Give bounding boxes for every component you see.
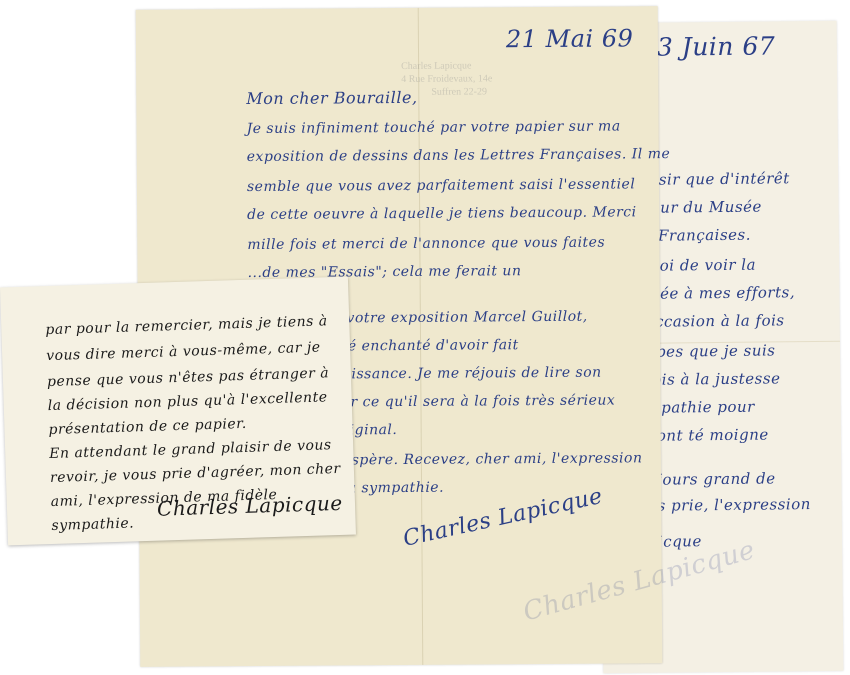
- letter-middle-line: exposition de dessins dans les Lettres F…: [247, 146, 671, 165]
- letter-middle-line: semble que vous avez parfaitement saisi …: [247, 176, 635, 195]
- card-front-line: la décision non plus qu'à l'excellente: [48, 389, 328, 414]
- card-front-sheet: par pour la remercier, mais je tiens à v…: [0, 277, 356, 546]
- card-front-line: par pour la remercier, mais je tiens à: [45, 313, 328, 338]
- letter-middle-line: ...à votre exposition Marcel Guillot,: [318, 309, 588, 327]
- letter-middle-date: 21 Mai 69: [506, 24, 634, 53]
- paper-fold-vertical: [418, 8, 424, 665]
- card-front-line: sympathie.: [51, 515, 134, 534]
- card-front-line: revoir, je vous prie d'agréer, mon cher: [50, 461, 341, 486]
- letter-middle-line: ...j'espère. Recevez, cher ami, l'expres…: [319, 450, 643, 468]
- card-front-line: vous dire merci à vous-même, car je: [46, 339, 321, 364]
- letter-middle-line: ...naissance. Je me réjouis de lire son: [318, 365, 602, 383]
- card-front-line: présentation de ce papier.: [48, 416, 247, 438]
- letter-middle-line: mille fois et merci de l'annonce que vou…: [247, 235, 605, 253]
- letter-middle-line: ...sur ce qu'il sera à la fois très séri…: [318, 392, 615, 410]
- card-front-signature: Charles Lapicque: [157, 491, 343, 521]
- letter-middle-line: Je suis infiniment touché par votre papi…: [246, 118, 620, 137]
- letter-middle-salutation: Mon cher Bouraille,: [246, 88, 417, 108]
- letterhead-line: Charles Lapicque: [401, 59, 492, 73]
- card-front-line: En attendant le grand plaisir de vous: [49, 437, 332, 462]
- letterhead-line: 4 Rue Froidevaux, 14e: [401, 72, 492, 86]
- card-front-line: pense que vous n'êtes pas étranger à: [47, 365, 330, 390]
- letter-middle-line: de cette oeuvre à laquelle je tiens beau…: [247, 204, 637, 223]
- letter-back-date: 3 Juin 67: [657, 31, 776, 61]
- letter-middle-body: Je suis infiniment touché par votre papi…: [136, 6, 658, 10]
